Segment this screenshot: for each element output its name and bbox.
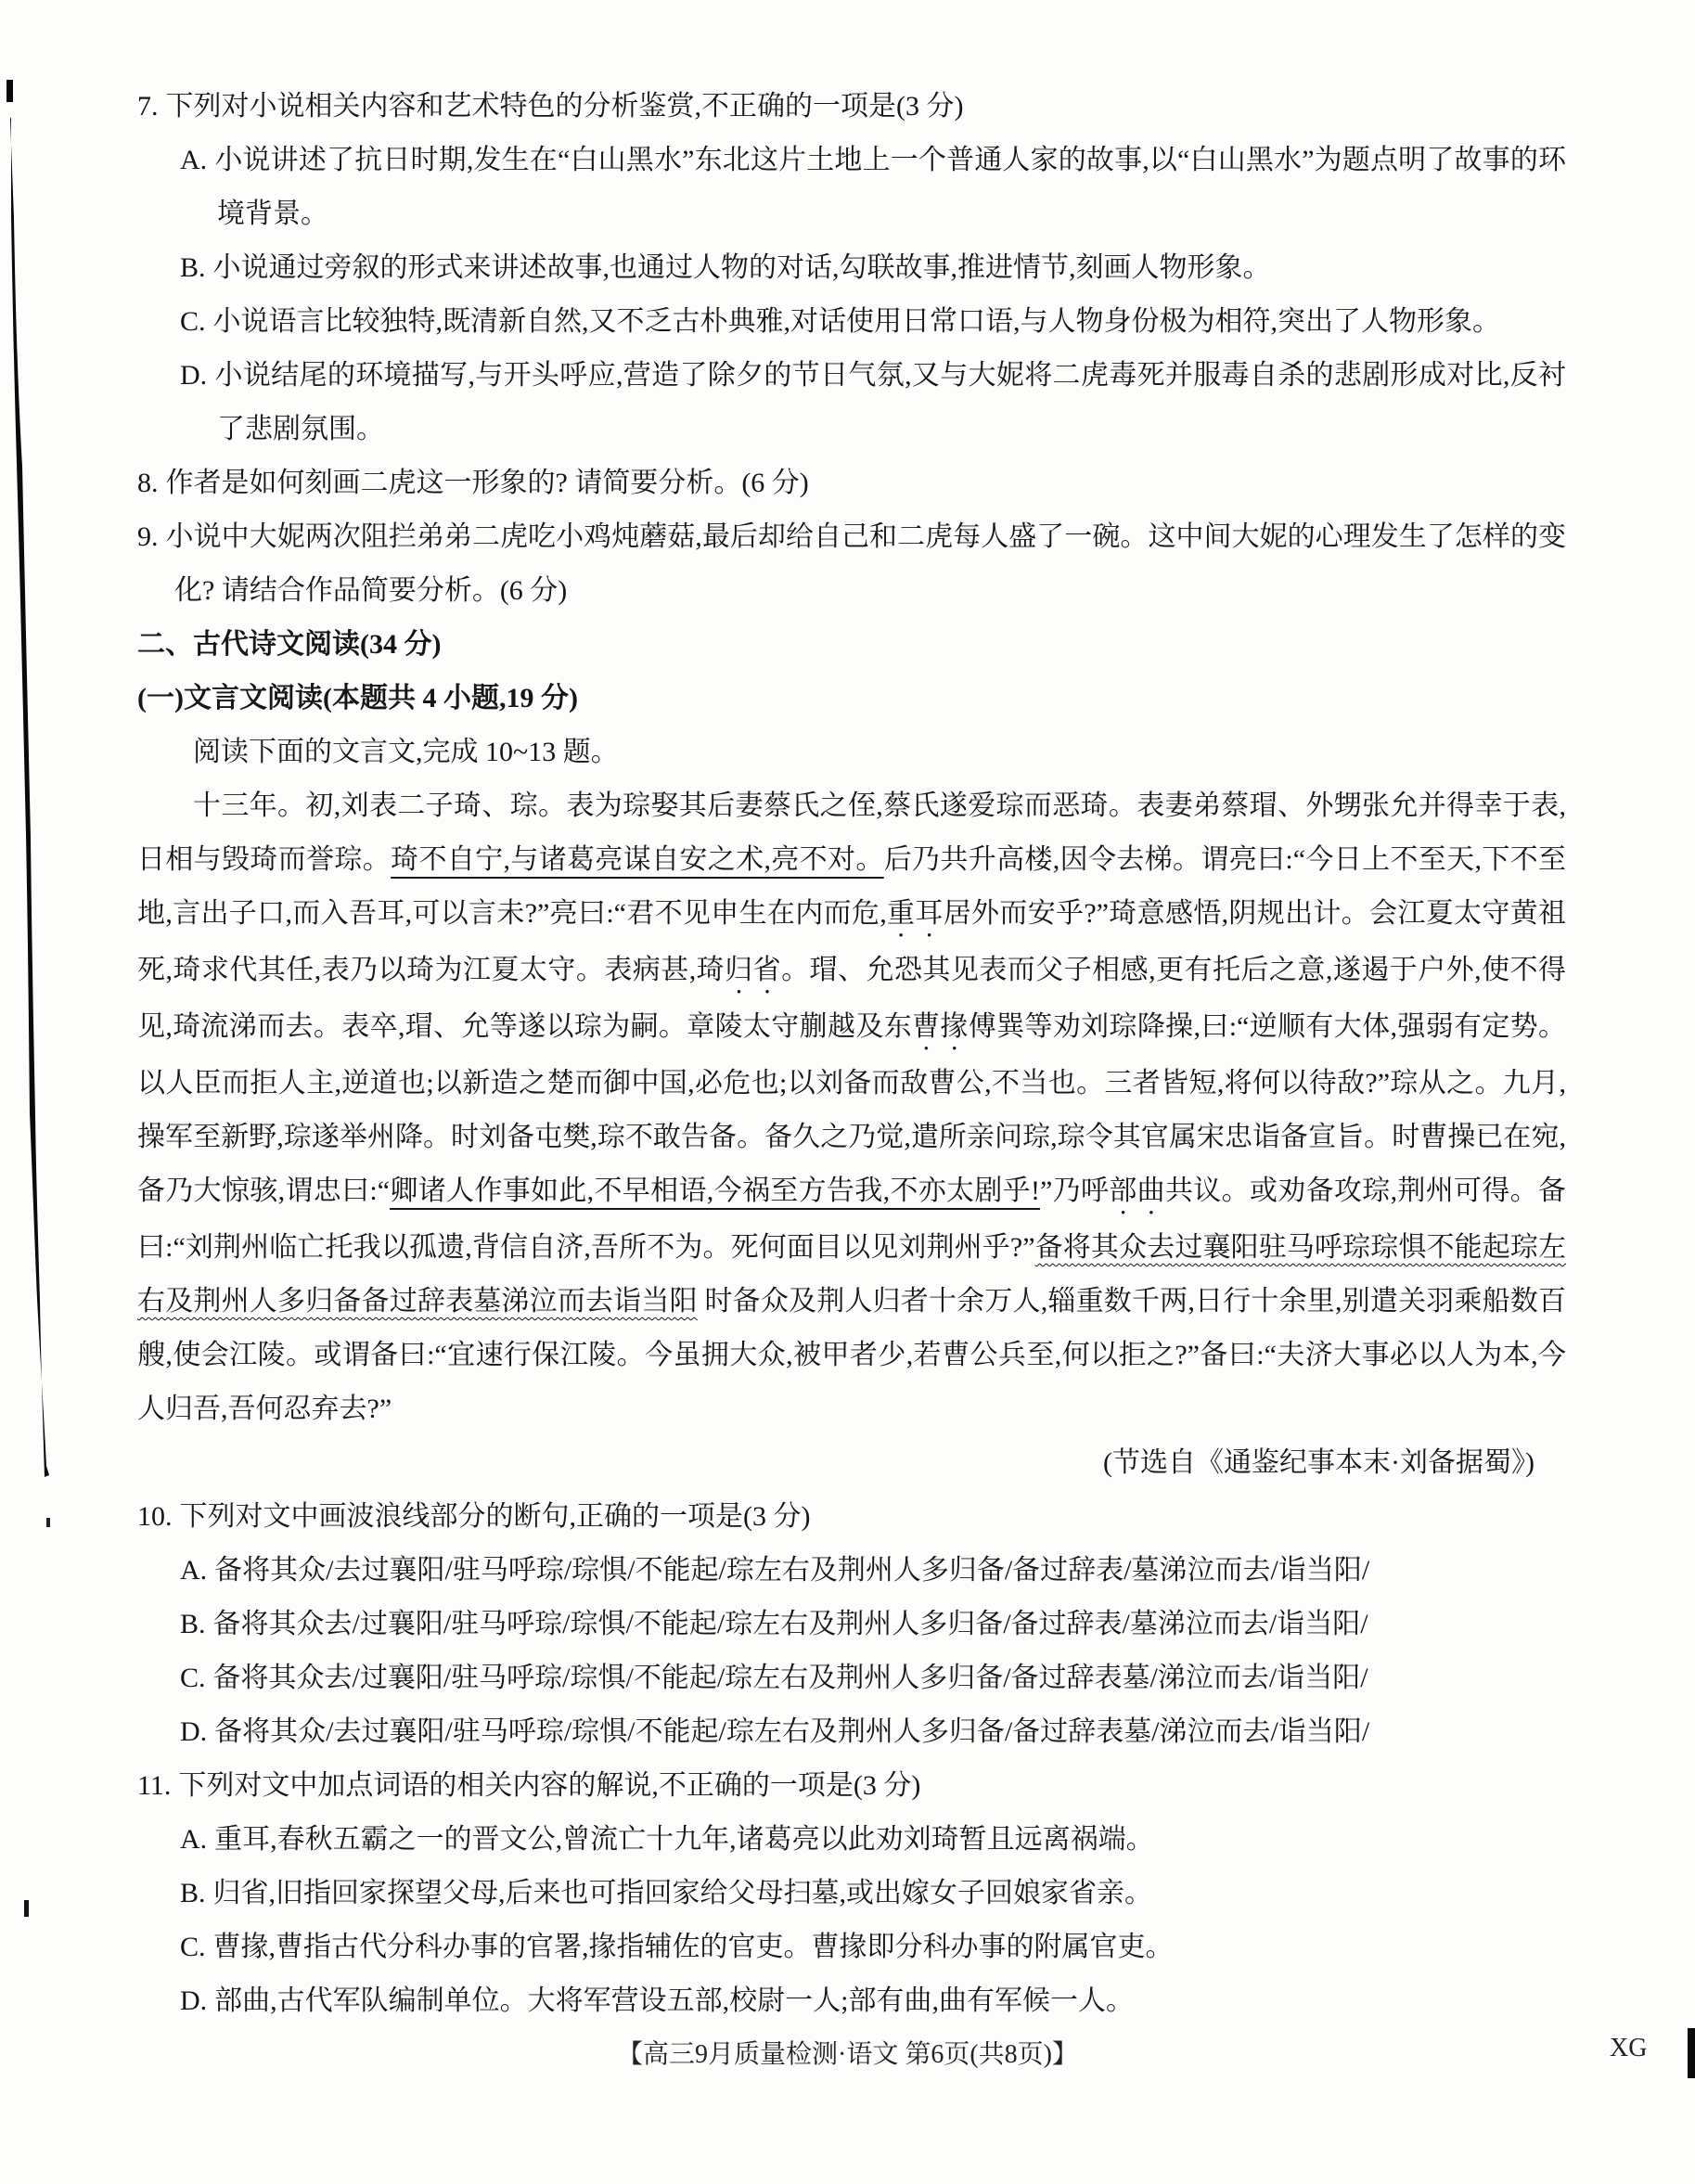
question-option: C.备将其众去/过襄阳/驻马呼琮/琮惧/不能起/琮左右及荆州人多归备/备过辞表墓… [180, 1651, 1566, 1705]
option-letter: D. [180, 1985, 207, 2016]
scan-tick-left [24, 1900, 29, 1917]
question-stem-text: 小说中大妮两次阻拦弟弟二虎吃小鸡炖蘑菇,最后却给自己和二虎每人盛了一碗。这中间大… [166, 521, 1567, 606]
option-letter: C. [180, 306, 206, 337]
option-letter: C. [180, 1663, 206, 1693]
question-option: C.小说语言比较独特,既清新自然,又不乏古朴典雅,对话使用日常口语,与人物身份极… [180, 295, 1566, 349]
option-letter: B. [180, 252, 206, 283]
option-letter: A. [180, 1555, 207, 1586]
classical-passage: 十三年。初,刘表二子琦、琮。表为琮娶其后妻蔡氏之侄,蔡氏遂爱琮而恶琦。表妻弟蔡瑁… [137, 779, 1566, 1436]
passage-segment: 归省 [725, 955, 781, 985]
page-footer: 【高三9月质量检测·语文 第6页(共8页)】 [0, 2034, 1695, 2071]
question-option: C.曹掾,曹指古代分科办事的官署,掾指辅佐的官吏。曹掾即分科办事的附属官吏。 [180, 1921, 1566, 1974]
option-letter: D. [180, 1716, 207, 1747]
option-text: 备将其众去/过襄阳/驻马呼琮/琮惧/不能起/琮左右及荆州人多归备/备过辞表墓/涕… [213, 1663, 1368, 1693]
section-title: 二、古代诗文阅读(34 分) [137, 618, 1566, 672]
question-stem-text: 下列对文中加点词语的相关内容的解说,不正确的一项是(3 分) [178, 1770, 920, 1801]
question-option: B.归省,旧指回家探望父母,后来也可指回家给父母扫墓,或出嫁女子回娘家省亲。 [180, 1867, 1566, 1921]
option-text: 小说语言比较独特,既清新自然,又不乏古朴典雅,对话使用日常口语,与人物身份极为相… [213, 306, 1501, 337]
passage-segment: 曹掾 [912, 1011, 969, 1042]
option-text: 备将其众去/过襄阳/驻马呼琮/琮惧/不能起/琮左右及荆州人多归备/备过辞表/墓涕… [213, 1609, 1368, 1639]
question-stem-text: 下列对小说相关内容和艺术特色的分析鉴赏,不正确的一项是(3 分) [166, 91, 964, 122]
exam-page: 7.下列对小说相关内容和艺术特色的分析鉴赏,不正确的一项是(3 分) A.小说讲… [0, 0, 1695, 2184]
question-11-options: A.重耳,春秋五霸之一的晋文公,曾流亡十九年,诸葛亮以此劝刘琦暂且远离祸端。 B… [137, 1813, 1566, 2028]
option-text: 备将其众/去过襄阳/驻马呼琮/琮惧/不能起/琮左右及荆州人多归备/备过辞表/墓涕… [214, 1555, 1369, 1586]
passage-segment: 卿诸人作事如此,不早相语,今祸至方告我,不亦太剧乎! [390, 1176, 1040, 1206]
question-option: A.小说讲述了抗日时期,发生在“白山黑水”东北这片土地上一个普通人家的故事,以“… [180, 134, 1566, 241]
question-7-options: A.小说讲述了抗日时期,发生在“白山黑水”东北这片土地上一个普通人家的故事,以“… [137, 134, 1566, 456]
question-10-options: A.备将其众/去过襄阳/驻马呼琮/琮惧/不能起/琮左右及荆州人多归备/备过辞表/… [137, 1544, 1566, 1759]
subsection-title: (一)文言文阅读(本题共 4 小题,19 分) [137, 672, 1566, 726]
page-footer-code: XG [1610, 2034, 1647, 2063]
option-letter: D. [180, 360, 207, 391]
question-option: D.小说结尾的环境描写,与开头呼应,营造了除夕的节日气氛,又与大妮将二虎毒死并服… [180, 349, 1566, 456]
page-content: 7.下列对小说相关内容和艺术特色的分析鉴赏,不正确的一项是(3 分) A.小说讲… [137, 80, 1566, 2028]
passage-segment: 琦不自宁,与诸葛亮谋自安之术,亮不对。 [391, 844, 884, 875]
passage-intro: 阅读下面的文言文,完成 10~13 题。 [137, 726, 1566, 779]
question-11-stem: 11.下列对文中加点词语的相关内容的解说,不正确的一项是(3 分) [137, 1759, 1566, 1813]
question-option: A.重耳,春秋五霸之一的晋文公,曾流亡十九年,诸葛亮以此劝刘琦暂且远离祸端。 [180, 1813, 1566, 1867]
option-text: 小说通过旁叙的形式来讲述故事,也通过人物的对话,勾联故事,推进情节,刻画人物形象… [213, 252, 1271, 283]
option-letter: A. [180, 145, 207, 175]
passage-segment: 部曲 [1109, 1176, 1165, 1206]
option-text: 小说结尾的环境描写,与开头呼应,营造了除夕的节日气氛,又与大妮将二虎毒死并服毒自… [214, 360, 1566, 444]
option-letter: B. [180, 1609, 206, 1639]
question-number: 9. [137, 521, 159, 552]
question-option: A.备将其众/去过襄阳/驻马呼琮/琮惧/不能起/琮左右及荆州人多归备/备过辞表/… [180, 1544, 1566, 1598]
passage-segment: 重耳 [887, 898, 944, 929]
question-8-stem: 8.作者是如何刻画二虎这一形象的? 请简要分析。(6 分) [137, 456, 1566, 510]
question-10-stem: 10.下列对文中画波浪线部分的断句,正确的一项是(3 分) [137, 1490, 1566, 1544]
option-text: 重耳,春秋五霸之一的晋文公,曾流亡十九年,诸葛亮以此劝刘琦暂且远离祸端。 [214, 1824, 1154, 1855]
option-letter: C. [180, 1932, 206, 1962]
question-option: D.备将其众/去过襄阳/驻马呼琮/琮惧/不能起/琮左右及荆州人多归备/备过辞表墓… [180, 1705, 1566, 1759]
question-7-stem: 7.下列对小说相关内容和艺术特色的分析鉴赏,不正确的一项是(3 分) [137, 80, 1566, 134]
option-text: 备将其众/去过襄阳/驻马呼琮/琮惧/不能起/琮左右及荆州人多归备/备过辞表墓/涕… [214, 1716, 1369, 1747]
passage-source: (节选自《通鉴纪事本末·刘备据蜀》) [137, 1436, 1566, 1490]
question-option: D.部曲,古代军队编制单位。大将军营设五部,校尉一人;部有曲,曲有军候一人。 [180, 1974, 1566, 2028]
question-9-stem: 9.小说中大妮两次阻拦弟弟二虎吃小鸡炖蘑菇,最后却给自己和二虎每人盛了一碗。这中… [137, 510, 1566, 618]
question-option: B.备将其众去/过襄阳/驻马呼琮/琮惧/不能起/琮左右及荆州人多归备/备过辞表/… [180, 1598, 1566, 1651]
option-text: 归省,旧指回家探望父母,后来也可指回家给父母扫墓,或出嫁女子回娘家省亲。 [213, 1878, 1153, 1908]
question-stem-text: 作者是如何刻画二虎这一形象的? 请简要分析。(6 分) [166, 468, 809, 498]
option-text: 部曲,古代军队编制单位。大将军营设五部,校尉一人;部有曲,曲有军候一人。 [214, 1985, 1134, 2016]
option-letter: A. [180, 1824, 207, 1855]
option-text: 曹掾,曹指古代分科办事的官署,掾指辅佐的官吏。曹掾即分科办事的附属官吏。 [213, 1932, 1174, 1962]
scan-artifact-left [0, 0, 65, 1577]
question-number: 11. [137, 1770, 171, 1801]
question-stem-text: 下列对文中画波浪线部分的断句,正确的一项是(3 分) [180, 1501, 811, 1532]
passage-segment: ”乃呼 [1040, 1176, 1109, 1206]
question-number: 10. [137, 1501, 173, 1532]
option-text: 小说讲述了抗日时期,发生在“白山黑水”东北这片土地上一个普通人家的故事,以“白山… [214, 145, 1566, 229]
question-option: B.小说通过旁叙的形式来讲述故事,也通过人物的对话,勾联故事,推进情节,刻画人物… [180, 241, 1566, 295]
question-number: 8. [137, 468, 159, 498]
option-letter: B. [180, 1878, 206, 1908]
question-number: 7. [137, 91, 159, 122]
